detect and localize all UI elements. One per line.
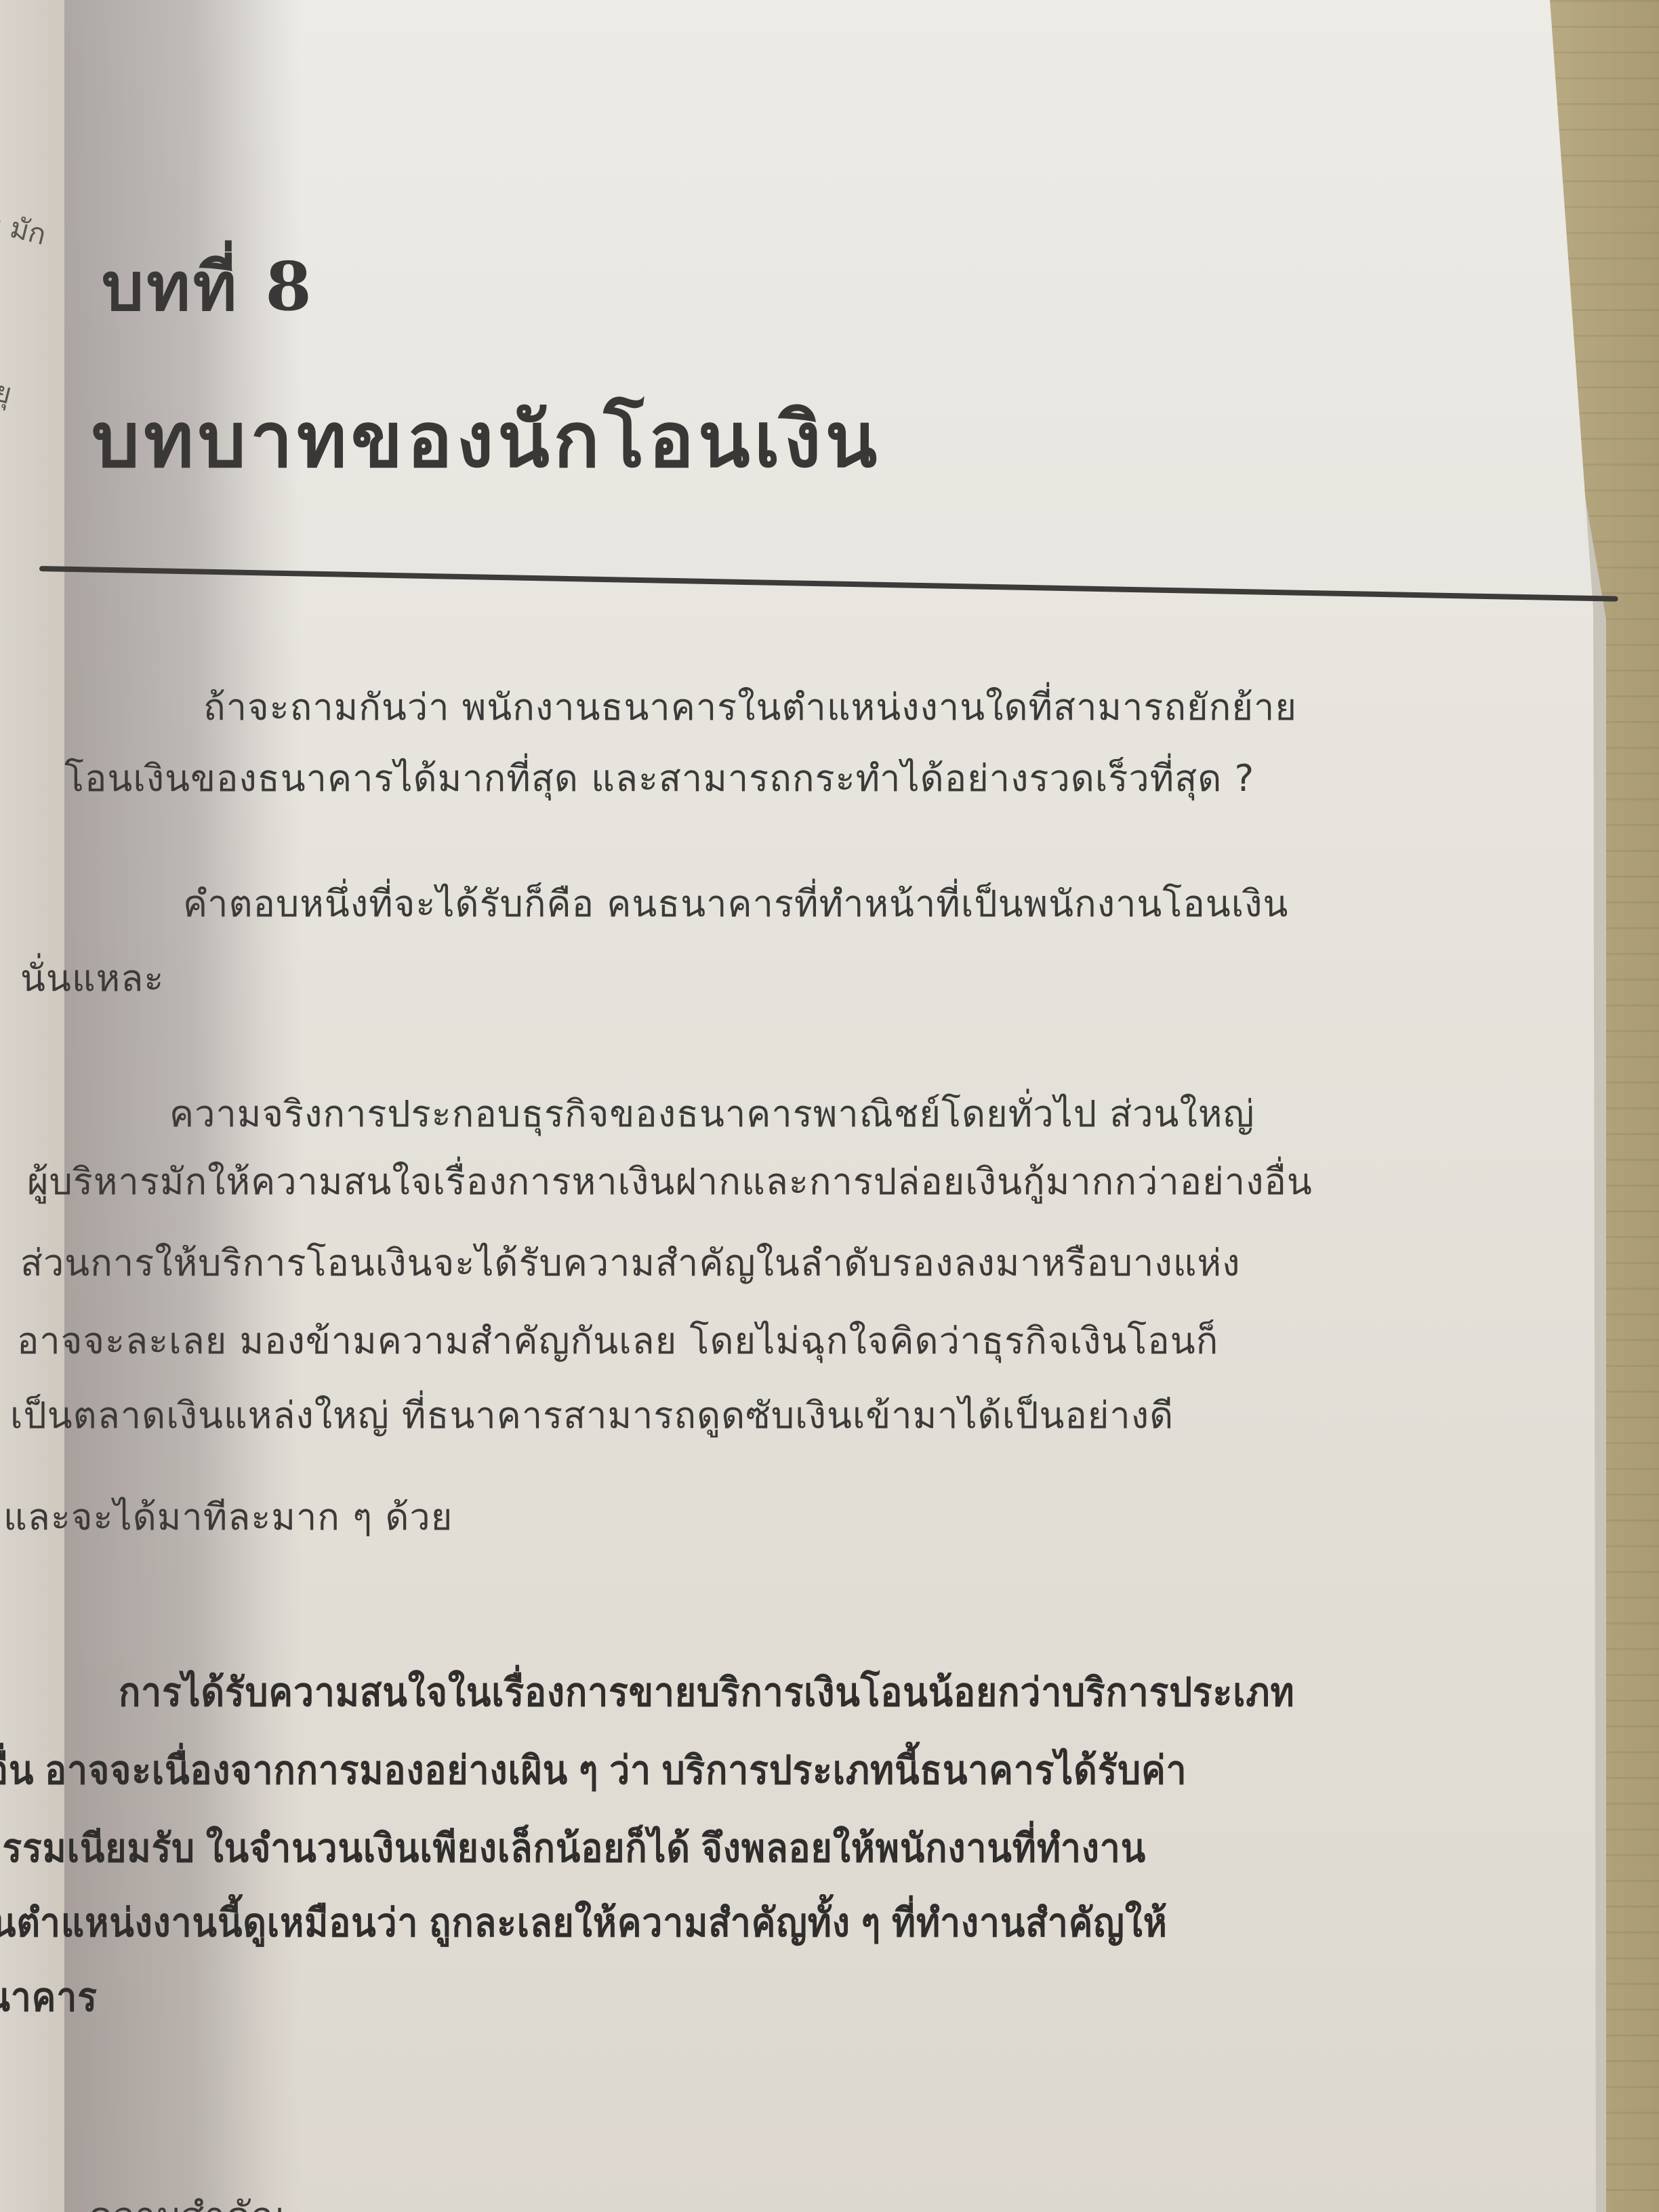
paragraph-4-line-3: ธรรมเนียมรับ ในจำนวนเงินเพียงเล็กน้อยก็ไ… xyxy=(0,1816,1146,1879)
paragraph-3-line-1: ความจริงการประกอบธุรกิจของธนาคารพาณิชย์โ… xyxy=(169,1084,1254,1143)
chapter-title-heading: บทบาทของนักโอนเงิน xyxy=(91,380,881,500)
paragraph-4-line-5: ธนาคาร xyxy=(0,1965,98,2028)
heading-divider-rule xyxy=(39,566,1618,602)
paragraph-2-line-2: นั่นแหละ xyxy=(20,949,164,1007)
chapter-number-heading: บทที่ 8 xyxy=(102,234,314,340)
paragraph-4-line-2: อื่น อาจจะเนื่องจากการมองอย่างเผิน ๆ ว่า… xyxy=(0,1738,1187,1801)
paragraph-4-line-4: ในตำแหน่งงานนี้ดูเหมือนว่า ถูกละเลยให้คว… xyxy=(0,1891,1168,1954)
paragraph-3-line-6: และจะได้มาทีละมาก ๆ ด้วย xyxy=(3,1488,453,1546)
paragraph-3-line-2: ผู้บริหารมักให้ความสนใจเรื่องการหาเงินฝา… xyxy=(27,1152,1313,1210)
page-content: บทที่ 8 บทบาทของนักโอนเงิน ถ้าจะถามกันว่… xyxy=(0,0,1659,2212)
paragraph-1-line-1: ถ้าจะถามกันว่า พนักงานธนาคารในตำแหน่งงาน… xyxy=(203,678,1297,736)
paragraph-4-line-1: การได้รับความสนใจในเรื่องการขายบริการเงิ… xyxy=(119,1660,1295,1723)
paragraph-3-line-4: อาจจะละเลย มองข้ามความสำคัญกันเลย โดยไม่… xyxy=(17,1311,1218,1370)
paragraph-3-line-3: ส่วนการให้บริการโอนเงินจะได้รับความสำคัญ… xyxy=(20,1233,1241,1292)
paragraph-3-line-5: เป็นตลาดเงินแหล่งใหญ่ ที่ธนาคารสามารถดูด… xyxy=(10,1386,1174,1444)
photo-scene: ครๆ มัก ะต่างนี้ยุ การให้บ แห่งได้ บทที่… xyxy=(0,0,1659,2212)
paragraph-2-line-1: คำตอบหนึ่งที่จะได้รับก็คือ คนธนาคารที่ทำ… xyxy=(183,874,1288,933)
cutoff-line-bottom: ความสำคัญ... xyxy=(88,2186,319,2212)
paragraph-1-line-2: โอนเงินของธนาคารได้มากที่สุด และสามารถกร… xyxy=(64,749,1254,807)
